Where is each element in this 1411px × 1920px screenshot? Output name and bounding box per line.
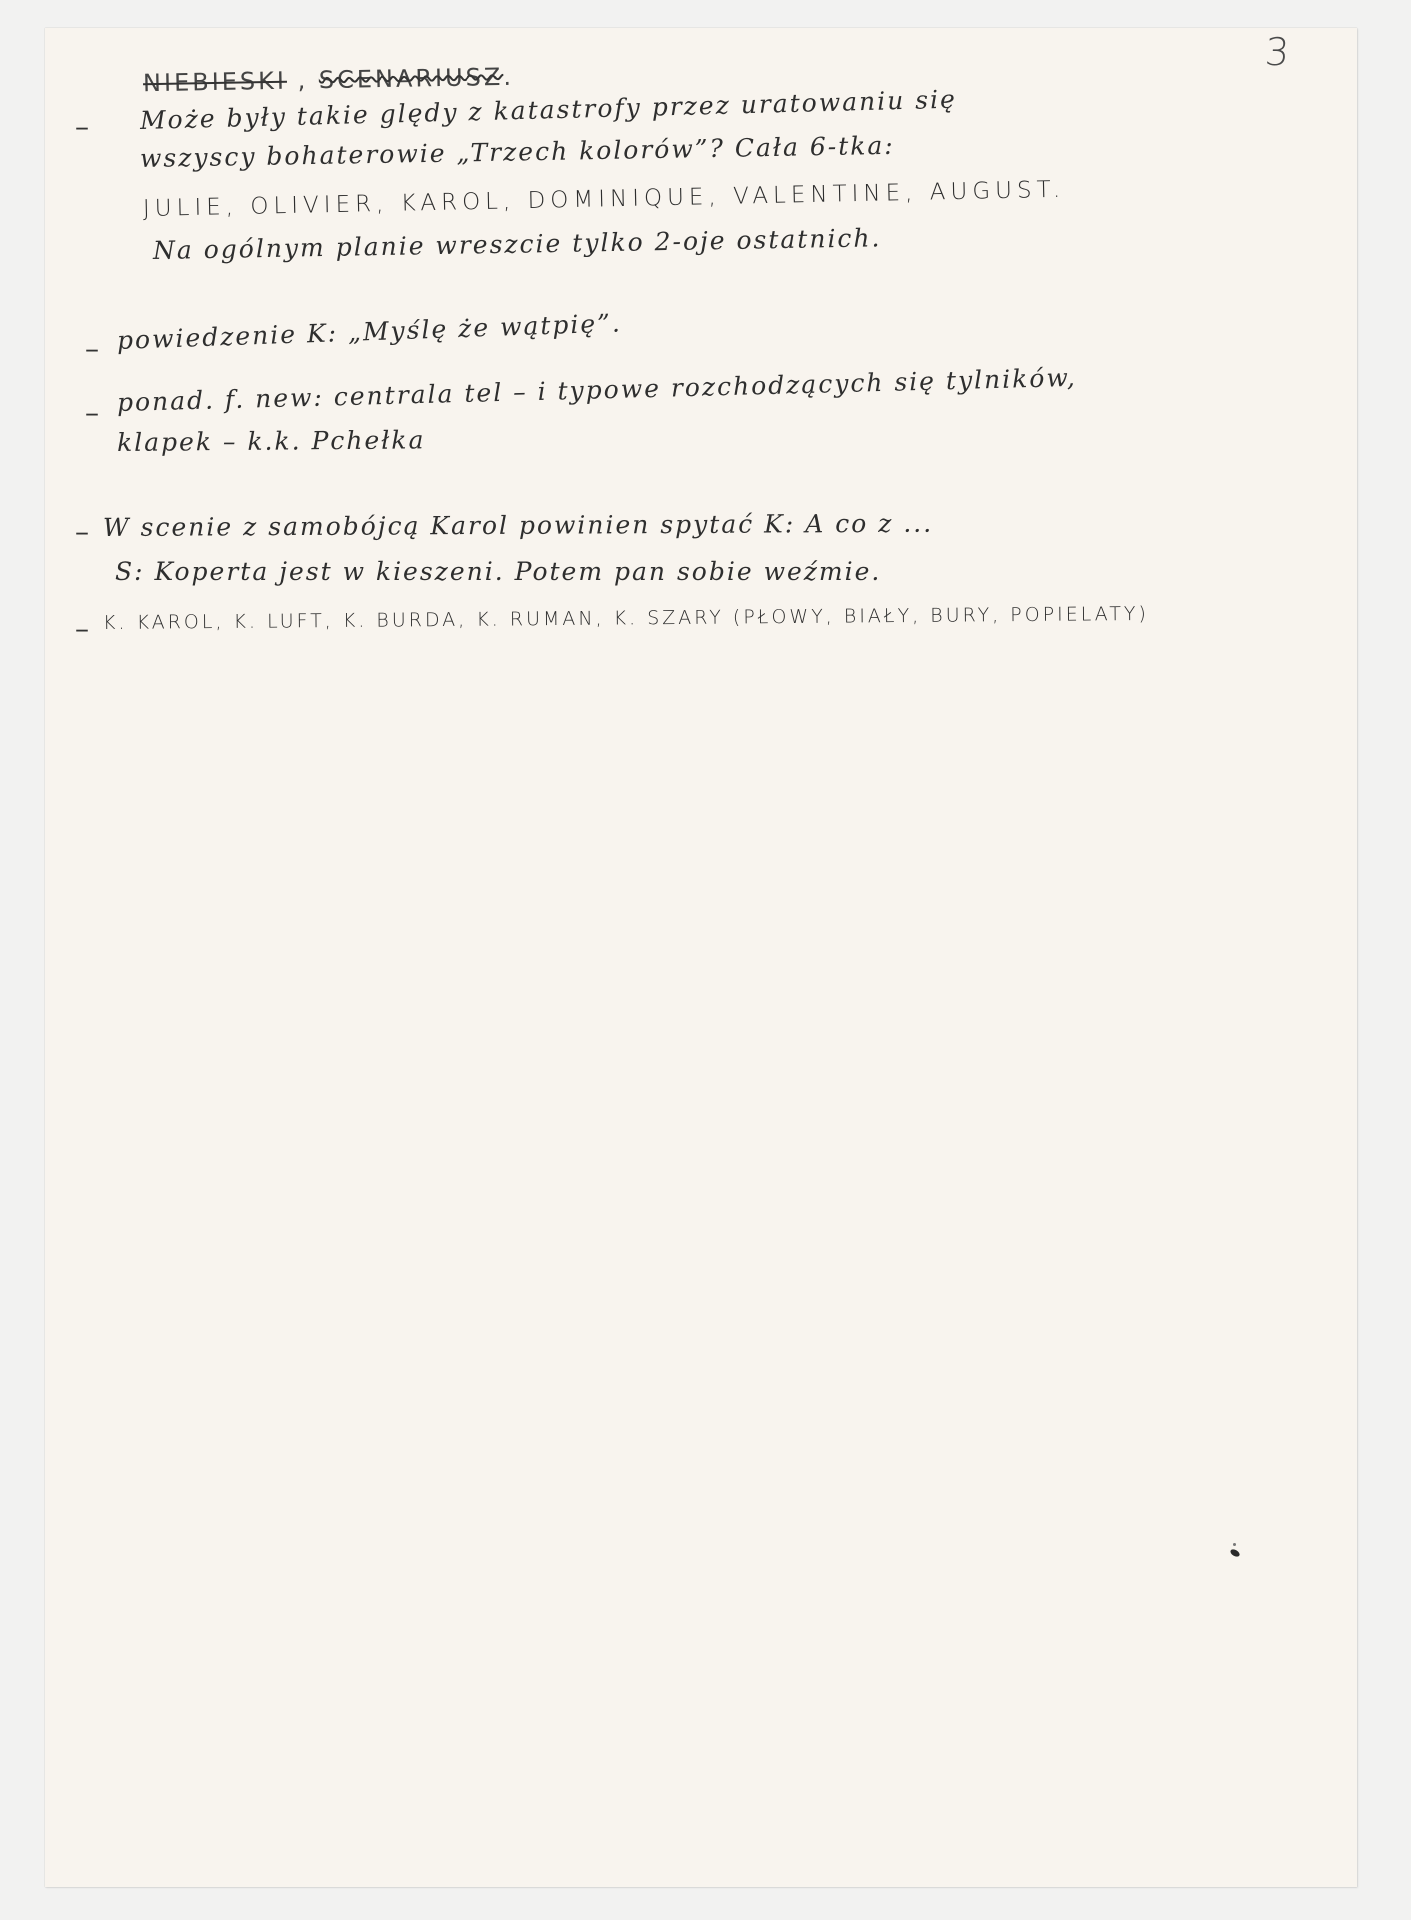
- note-bullet: –: [75, 612, 89, 645]
- note-line: Na ogólnym planie wreszcie tylko 2-oje o…: [153, 223, 882, 265]
- heading-end: .: [503, 63, 514, 91]
- page-number: 3: [1263, 30, 1290, 74]
- note-line: S: Koperta jest w kieszeni. Potem pan so…: [115, 557, 881, 586]
- manuscript-page: 3 NIEBIESKI , SCENARIUSZ. – Może były ta…: [45, 28, 1357, 1887]
- note-line: ponad. f. new: centrala tel – i typowe r…: [117, 363, 1077, 417]
- note-bullet: –: [85, 332, 99, 365]
- note-line: powiedzenie K: „Myślę że wątpię”.: [116, 308, 622, 355]
- stray-ink-mark: [1229, 1548, 1241, 1558]
- heading-part-1: NIEBIESKI: [143, 67, 287, 98]
- note-line: wszyscy bohaterowie „Trzech kolorów”? Ca…: [140, 131, 895, 173]
- note-line-list: K. KAROL, K. LUFT, K. BURDA, K. RUMAN, K…: [103, 603, 1149, 634]
- stray-ink-dot: [1233, 1543, 1236, 1546]
- note-line: W scenie z samobójcą Karol powinien spyt…: [103, 509, 933, 542]
- note-bullet: –: [75, 110, 89, 143]
- note-line-names: JULIE, OLIVIER, KAROL, DOMINIQUE, VALENT…: [143, 177, 1066, 222]
- heading-separator: ,: [287, 66, 319, 95]
- note-bullet: –: [75, 515, 89, 548]
- heading-part-2: SCENARIUSZ: [319, 63, 504, 94]
- crossed-out-heading: NIEBIESKI , SCENARIUSZ.: [143, 63, 514, 97]
- note-line: klapek – k.k. Pchełka: [117, 425, 426, 457]
- note-bullet: –: [85, 396, 99, 429]
